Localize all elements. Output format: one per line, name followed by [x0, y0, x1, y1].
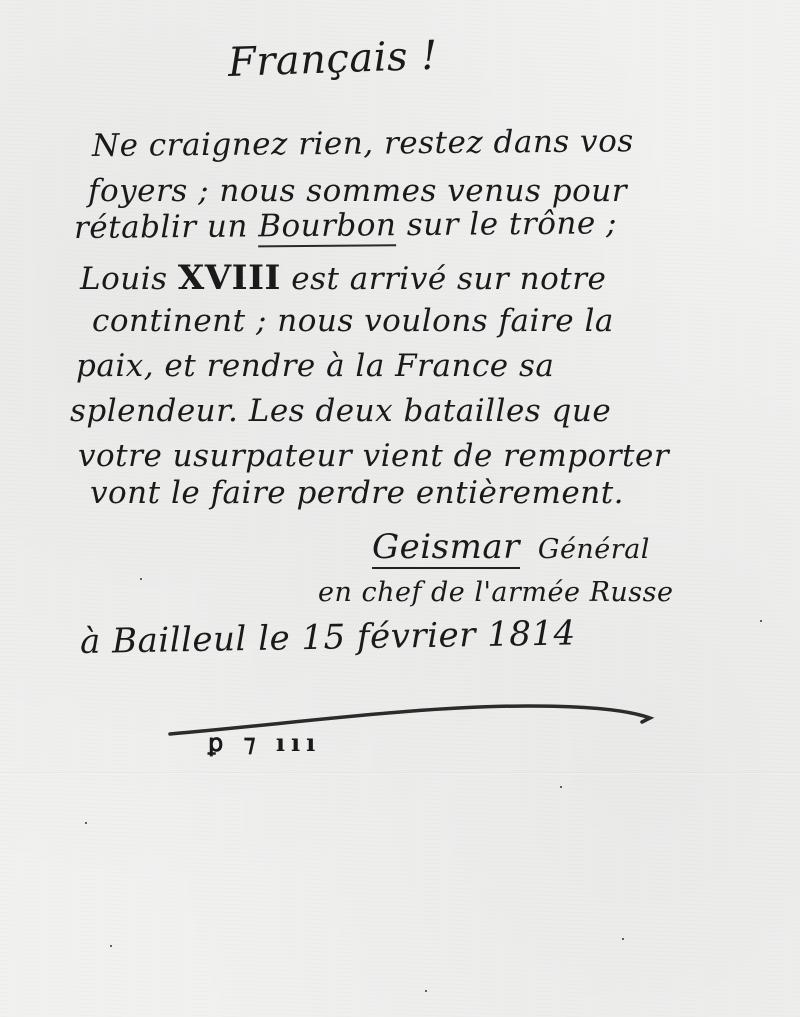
body-line-5: continent ; nous voulons faire la	[92, 303, 614, 339]
regnal-number: XVIII	[178, 258, 281, 298]
body-line-9: vont le faire perdre entièrement.	[90, 475, 624, 511]
body-line-6: paix, et rendre à la France sa	[76, 348, 554, 384]
signature-title: Général	[538, 534, 650, 565]
body-line-7: splendeur. Les deux batailles que	[70, 393, 611, 429]
body-line-8: votre usurpateur vient de remporter	[78, 438, 669, 474]
body-line-4-start: Louis	[80, 261, 178, 297]
signature-rank-line: en chef de l'armée Russe	[318, 577, 673, 608]
body-line-3: rétablir un Bourbon sur le trône ;	[74, 205, 617, 246]
body-line-3-start: rétablir un	[74, 208, 259, 246]
signature-block: GeismarGénéral	[372, 527, 650, 567]
body-line-1: Ne craignez rien, restez dans vos	[92, 123, 634, 164]
body-line-4-end: est arrivé sur notre	[281, 261, 606, 297]
body-line-4: Louis XVIII est arrivé sur notre	[80, 258, 606, 298]
body-line-2: foyers ; nous sommes venus pour	[88, 173, 627, 209]
bourbon-underlined: Bourbon	[258, 207, 397, 247]
body-line-3-end: sur le trône ;	[396, 205, 617, 243]
salutation: Français !	[227, 33, 438, 86]
paper-fold-line	[0, 772, 800, 774]
archival-mark: ꝑ ⁊ ııı	[208, 728, 321, 757]
place-and-date: à Bailleul le 15 février 1814	[80, 613, 576, 662]
signature-name: Geismar	[372, 527, 520, 569]
